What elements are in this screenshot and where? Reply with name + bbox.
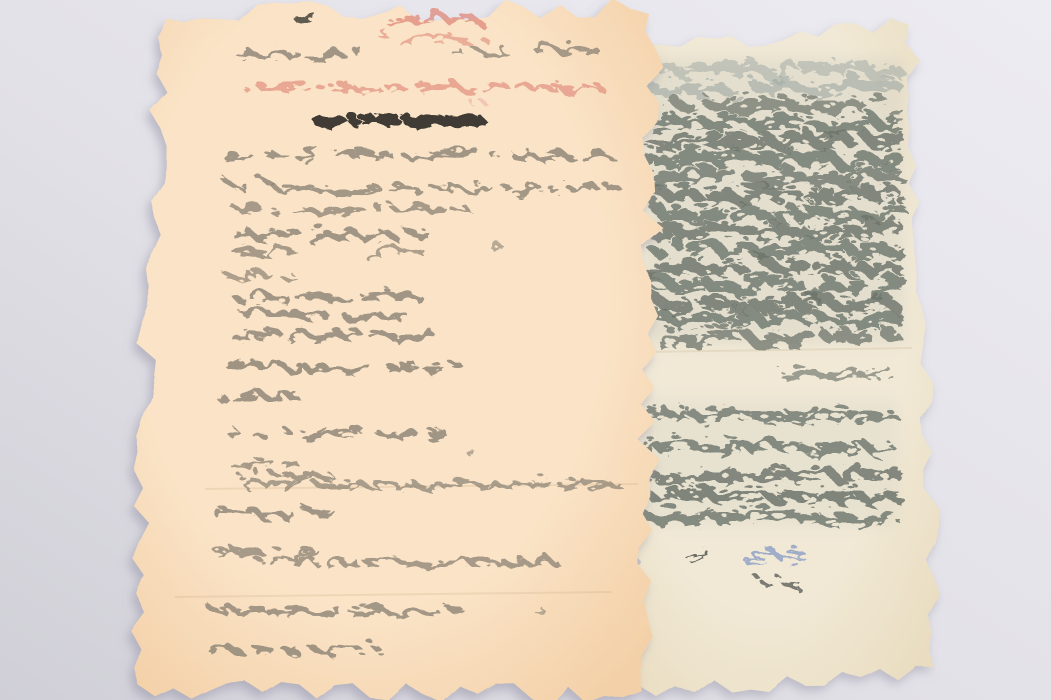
left-document-illegible-line-8 xyxy=(314,114,479,121)
photograph-of-two-documents: Photograph of two aged paper documents w… xyxy=(0,0,1051,700)
left-document-illegible-line-32 xyxy=(534,606,538,609)
left-document-illegible-line-24 xyxy=(464,448,469,449)
documents-photo-canvas xyxy=(0,0,1051,700)
left-document-illegible-line-16 xyxy=(489,242,499,244)
